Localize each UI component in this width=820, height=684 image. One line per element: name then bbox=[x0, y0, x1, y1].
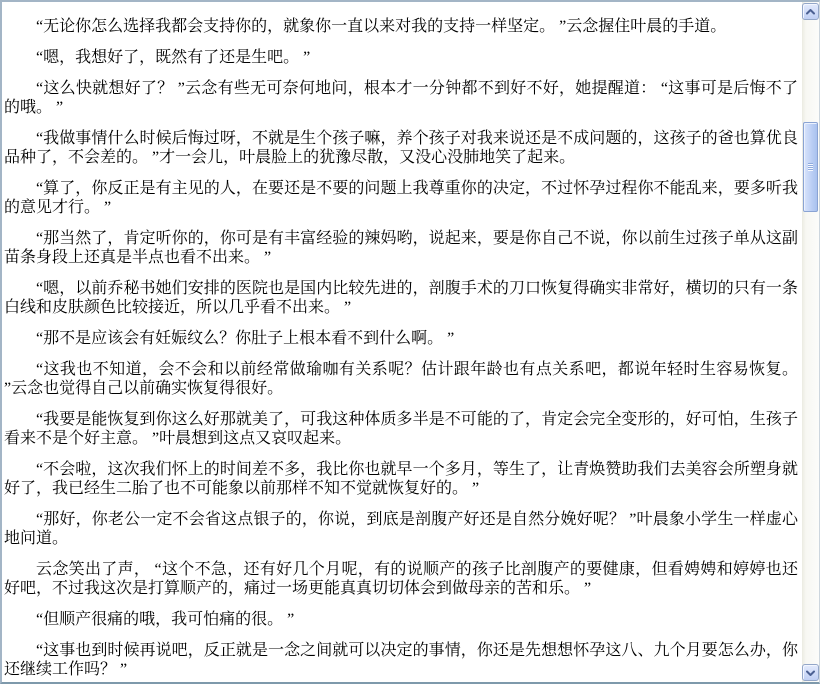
paragraph: “嗯，我想好了，既然有了还是生吧。 ” bbox=[4, 48, 798, 67]
paragraph: “那好，你老公一定不会省这点银子的，你说，到底是剖腹产好还是自然分娩好呢？ ”叶… bbox=[4, 510, 798, 548]
paragraph: 云念笑出了声， “这个不急，还有好几个月呢，有的说顺产的孩子比剖腹产的要健康，但… bbox=[4, 560, 798, 598]
paragraph: “但顺产很痛的哦，我可怕痛的很。 ” bbox=[4, 610, 798, 629]
scrollbar-grip-icon bbox=[808, 163, 813, 171]
paragraph: “那当然了，肯定听你的，你可是有丰富经验的辣妈哟，说起来，要是你自己不说，你以前… bbox=[4, 229, 798, 267]
vertical-scrollbar[interactable] bbox=[802, 2, 819, 682]
page: “无论你怎么选择我都会支持你的，就象你一直以来对我的支持一样坚定。 ”云念握住叶… bbox=[0, 0, 820, 684]
paragraph: “那不是应该会有妊娠纹么？你肚子上根本看不到什么啊。 ” bbox=[4, 329, 798, 348]
paragraph: “这么快就想好了？ ”云念有些无可奈何地问，根本才一分钟都不到好不好，她提醒道：… bbox=[4, 79, 798, 117]
paragraph: “这事也到时候再说吧，反正就是一念之间就可以决定的事情，你还是先想想怀孕这八、九… bbox=[4, 641, 798, 679]
paragraph: “嗯，以前乔秘书她们安排的医院也是国内比较先进的，剖腹手术的刀口恢复得确实非常好… bbox=[4, 279, 798, 317]
scrollbar-thumb[interactable] bbox=[803, 122, 818, 212]
text-content: “无论你怎么选择我都会支持你的，就象你一直以来对我的支持一样坚定。 ”云念握住叶… bbox=[2, 2, 802, 682]
paragraph: “算了，你反正是有主见的人，在要还是不要的问题上我尊重你的决定，不过怀孕过程你不… bbox=[4, 179, 798, 217]
scroll-down-button[interactable] bbox=[802, 664, 819, 681]
paragraph: “不会啦，这次我们怀上的时间差不多，我比你也就早一个多月，等生了，让青焕赞助我们… bbox=[4, 460, 798, 498]
paragraph: “这我也不知道，会不会和以前经常做瑜咖有关系呢？估计跟年龄也有点关系吧，都说年轻… bbox=[4, 360, 798, 398]
chevron-up-icon bbox=[806, 9, 815, 15]
chevron-down-icon bbox=[806, 670, 815, 676]
paragraph: “我要是能恢复到你这么好那就美了，可我这种体质多半是不可能的了，肯定会完全变形的… bbox=[4, 410, 798, 448]
paragraph: “我做事情什么时候后悔过呀，不就是生个孩子嘛，养个孩子对我来说还是不成问题的，这… bbox=[4, 129, 798, 167]
paragraph: “无论你怎么选择我都会支持你的，就象你一直以来对我的支持一样坚定。 ”云念握住叶… bbox=[4, 17, 798, 36]
scroll-up-button[interactable] bbox=[802, 3, 819, 20]
